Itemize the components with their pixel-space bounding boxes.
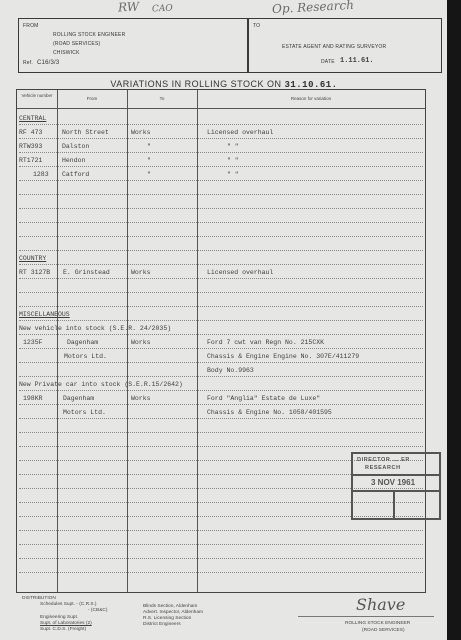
reason-cell: Licensed overhaul	[207, 129, 273, 136]
rule-line	[19, 166, 423, 167]
col-header-from: From	[59, 96, 125, 101]
reason-cell: " "	[227, 157, 239, 164]
header-rule	[17, 108, 425, 109]
rule-line	[19, 348, 423, 349]
stamp-rule	[353, 490, 439, 492]
ref-label: Ref.	[23, 60, 33, 66]
distribution-left-5: Supt. C.D.S. (Freight)	[40, 627, 86, 633]
rule-line	[19, 236, 423, 237]
ref-value: C16/3/3	[37, 60, 59, 66]
col-header-to: To	[129, 96, 195, 101]
from-cell: Hendon	[62, 157, 85, 164]
rule-line	[19, 376, 423, 377]
rule-line	[19, 250, 423, 251]
date-label: DATE	[321, 59, 335, 65]
vehicle-number: RTW393	[19, 143, 42, 150]
to-value: ESTATE AGENT AND RATING SURVEYOR	[282, 44, 386, 50]
vehicle-number: 198KR	[23, 395, 43, 402]
to-cell: Works	[131, 269, 151, 276]
signature-title-2: (ROAD SERVICES)	[362, 628, 405, 634]
rule-line	[19, 278, 423, 279]
from-cell: Dagenham	[67, 339, 98, 346]
received-stamp: DIRECTOR ... ER RESEARCH 3 NOV 1961	[351, 452, 441, 520]
rule-line	[19, 404, 423, 405]
header-divider	[247, 19, 249, 72]
section-miscellaneous: MISCELLANEOUS	[19, 311, 70, 318]
subsection-heading: New vehicle into stock (S.E.R. 24/2035)	[19, 325, 171, 332]
vehicle-number: RF 473	[19, 129, 42, 136]
reason-cell: " "	[227, 143, 239, 150]
distribution-middle-4: District Engineers	[143, 622, 181, 628]
col-header-vehicle: Vehicle number	[19, 93, 55, 98]
from-cell: Dagenham	[63, 395, 94, 402]
rule-line	[19, 432, 423, 433]
handwritten-note-1: RW	[118, 0, 140, 15]
rule-line	[19, 572, 423, 573]
title-text: VARIATIONS IN ROLLING STOCK ON	[110, 79, 281, 89]
col-header-reason: Reason for variation	[199, 96, 423, 101]
to-cell: "	[147, 143, 151, 150]
rule-line	[19, 320, 423, 321]
vehicle-number: 1235F	[23, 339, 43, 346]
to-cell: Works	[131, 339, 151, 346]
reason-cell: Licensed overhaul	[207, 269, 273, 276]
handwritten-note-3: Op. Research	[272, 0, 355, 16]
from-cell: E. Grinstead	[63, 269, 110, 276]
rule-line	[19, 264, 423, 265]
stamp-line-1: DIRECTOR ... ER	[357, 457, 410, 463]
from-line-2: (ROAD SERVICES)	[53, 41, 100, 47]
reason-cell: Ford 7 cwt van Regn No. 215CXK	[207, 339, 324, 346]
reason-cell: " "	[227, 171, 239, 178]
from-cell: Dalston	[62, 143, 89, 150]
to-label: TO	[253, 23, 260, 29]
header-box: FROM ROLLING STOCK ENGINEER (ROAD SERVIC…	[18, 18, 442, 73]
rule-line	[19, 222, 423, 223]
scan-edge	[447, 0, 461, 640]
distribution-left-2: - (CB&C)	[88, 608, 107, 614]
section-central: CENTRAL	[19, 115, 46, 122]
rule-line	[19, 208, 423, 209]
rule-line	[19, 138, 423, 139]
rule-line	[19, 446, 423, 447]
from-cell: North Street	[62, 129, 109, 136]
subsection-heading: New Private car into stock (S.E.R.15/264…	[19, 381, 183, 388]
from-cell: Motors Ltd.	[64, 353, 107, 360]
to-cell: "	[147, 157, 151, 164]
from-line-1: ROLLING STOCK ENGINEER	[53, 32, 125, 38]
rule-line	[19, 558, 423, 559]
rule-line	[19, 530, 423, 531]
rule-line	[19, 418, 423, 419]
to-cell: "	[147, 171, 151, 178]
from-label: FROM	[23, 23, 39, 29]
rule-line	[19, 544, 423, 545]
from-line-3: CHISWICK	[53, 50, 80, 56]
rule-line	[19, 180, 423, 181]
to-cell: Works	[131, 395, 151, 402]
vehicle-number: RT 3127B	[19, 269, 50, 276]
section-country: COUNTRY	[19, 255, 46, 262]
rule-line	[19, 194, 423, 195]
rule-line	[19, 292, 423, 293]
stamp-date: 3 NOV 1961	[371, 478, 415, 487]
rule-line	[19, 362, 423, 363]
signature: Shave	[356, 595, 405, 614]
stamp-divider	[393, 490, 395, 518]
rule-line	[19, 124, 423, 125]
date-value: 1.11.61.	[340, 57, 374, 65]
stamp-rule	[353, 474, 439, 476]
reason-cell: Body No.9963	[207, 367, 254, 374]
from-cell: Catford	[62, 171, 89, 178]
vehicle-number: 1283	[33, 171, 49, 178]
rule-line	[19, 390, 423, 391]
stamp-line-2: RESEARCH	[365, 465, 401, 471]
signature-line	[298, 616, 434, 617]
rule-line	[19, 306, 423, 307]
signature-title-1: ROLLING STOCK ENGINEER	[345, 621, 410, 627]
reason-cell: Chassis & Engine Engine No. 307E/411279	[207, 353, 359, 360]
to-cell: Works	[131, 129, 151, 136]
handwritten-note-2: CAO	[152, 3, 173, 14]
reason-cell: Chassis & Engine No. 1058/401595	[207, 409, 332, 416]
document-page: RW CAO Op. Research FROM ROLLING STOCK E…	[0, 0, 448, 640]
from-cell: Motors Ltd.	[63, 409, 106, 416]
reason-cell: Ford "Anglia" Estate de Luxe"	[207, 395, 320, 402]
vehicle-number: RT1721	[19, 157, 42, 164]
rule-line	[19, 334, 423, 335]
rule-line	[19, 152, 423, 153]
